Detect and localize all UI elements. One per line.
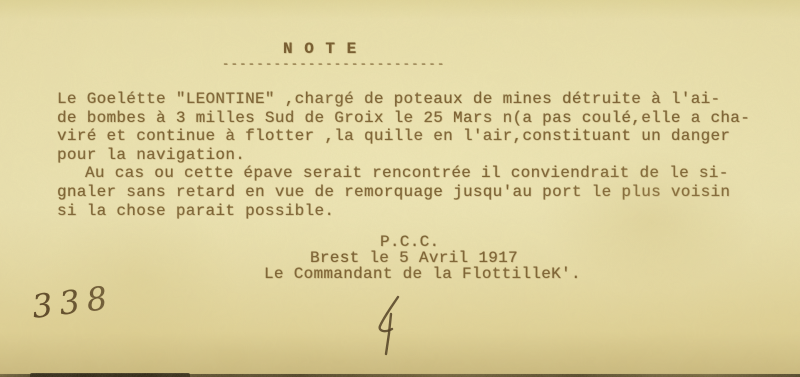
signature-signatory: Le Commandant de la FlottilleK'.: [264, 265, 581, 283]
body-line: gnaler sans retard en vue de remorquage …: [57, 183, 750, 202]
body-line: Le Goelétte "LEONTINE" ,chargé de poteau…: [57, 90, 750, 109]
body-line: pour la navigation.: [57, 146, 750, 165]
body-line: de bombes à 3 milles Sud de Groix le 25 …: [57, 109, 750, 128]
body-line: Au cas ou cette épave serait rencontrée …: [57, 164, 750, 183]
paper-stain: [40, 200, 240, 360]
scan-edge-shadow-dark: [30, 373, 190, 377]
handwritten-page-number: 338: [30, 278, 116, 326]
title-underline: --------------------------: [222, 57, 446, 71]
scanned-note-page: N O T E -------------------------- Le Go…: [0, 0, 800, 377]
note-title: N O T E: [283, 40, 357, 58]
body-line: viré et continue à flotter ,la quille en…: [57, 127, 750, 146]
body-line: si la chose parait possible.: [57, 202, 750, 221]
note-body: Le Goelétte "LEONTINE" ,chargé de poteau…: [57, 90, 750, 220]
